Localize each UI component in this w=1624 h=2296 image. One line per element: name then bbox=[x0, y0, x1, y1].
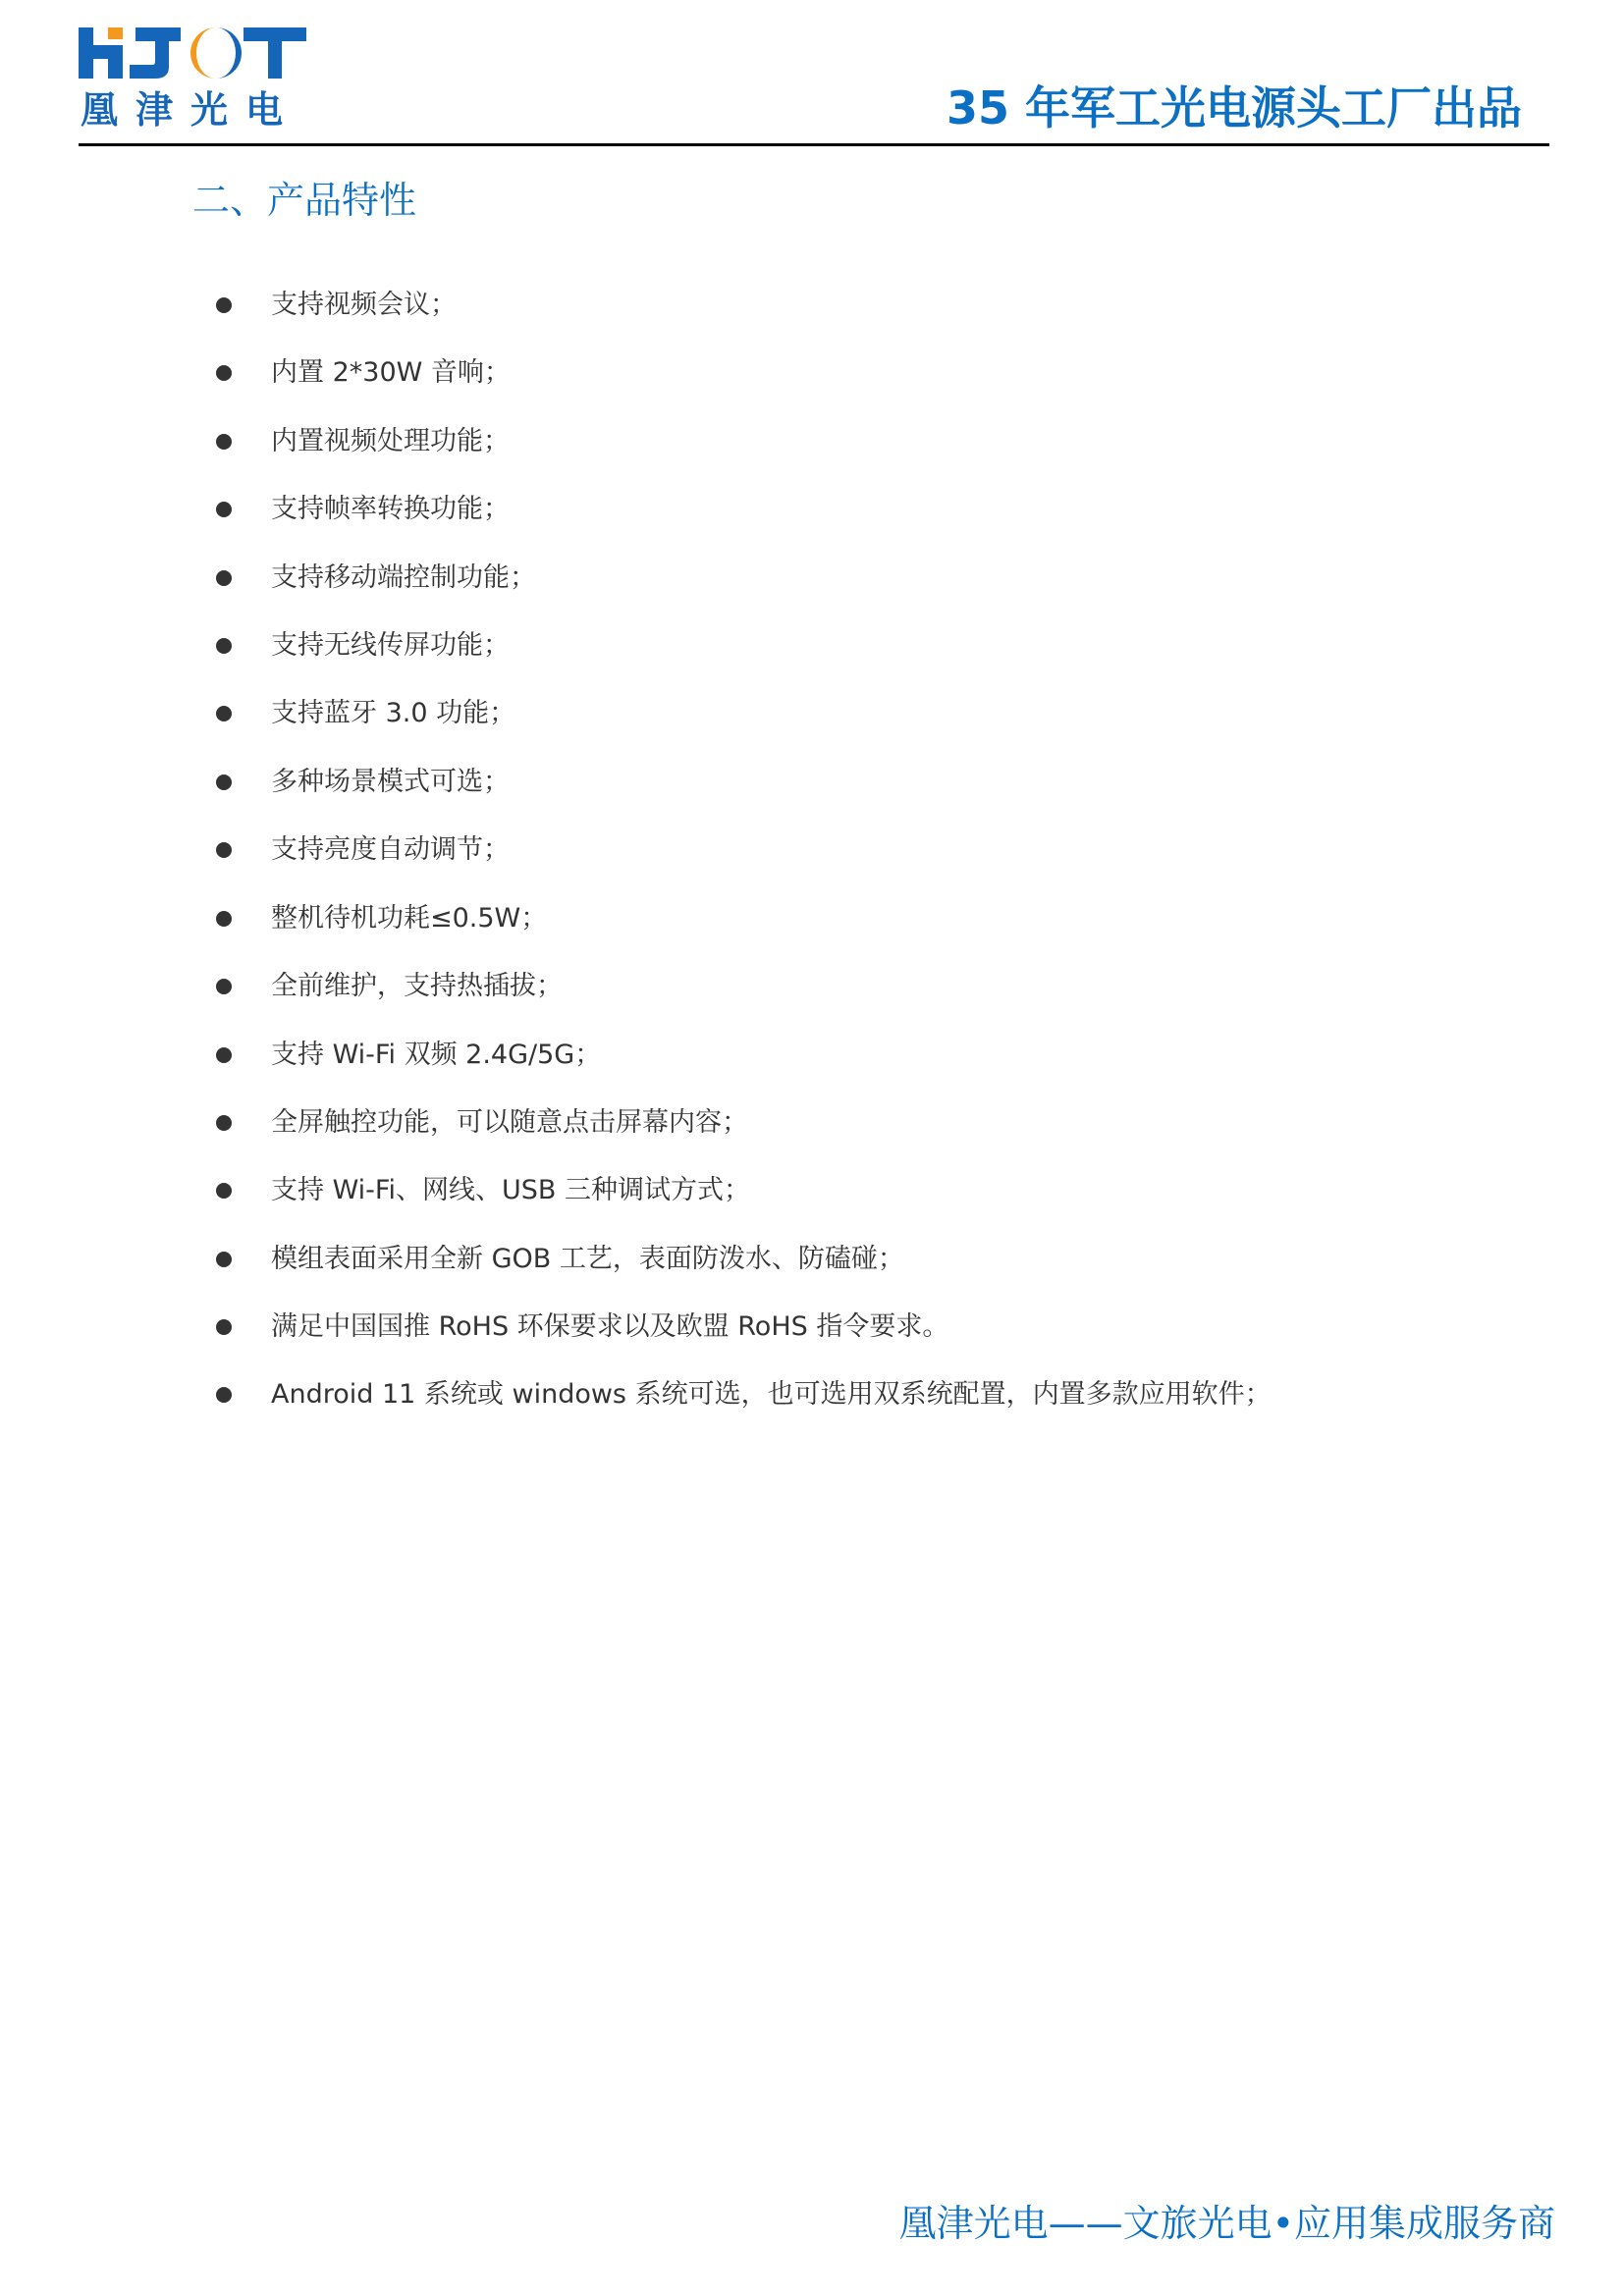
list-item: 满足中国国推 RoHS 环保要求以及欧盟 RoHS 指令要求。 bbox=[216, 1308, 948, 1347]
list-item: 内置 2*30W 音响； bbox=[216, 353, 511, 393]
list-item: 内置视频处理功能； bbox=[216, 422, 510, 461]
logo-letters bbox=[79, 22, 306, 82]
footer-tagline: 凰津光电——文旅光电•应用集成服务商 bbox=[899, 2199, 1555, 2248]
section-title: 二、产品特性 bbox=[192, 177, 416, 224]
company-logo: 凰津光电 bbox=[79, 22, 309, 128]
feature-text: 模组表面采用全新 GOB 工艺，表面防泼水、防磕碰； bbox=[271, 1240, 904, 1279]
bullet-icon bbox=[216, 979, 232, 994]
feature-text: 整机待机功耗≤0.5W； bbox=[271, 899, 547, 938]
feature-text: 内置 2*30W 音响； bbox=[271, 353, 511, 393]
feature-text: 全前维护，支持热插拔； bbox=[271, 967, 563, 1006]
bullet-icon bbox=[216, 1319, 232, 1335]
header-slogan: 35 年军工光电源头工厂出品 bbox=[947, 80, 1522, 135]
header-divider bbox=[79, 143, 1549, 146]
bullet-icon bbox=[216, 1047, 232, 1063]
list-item: 支持蓝牙 3.0 功能； bbox=[216, 694, 515, 733]
bullet-icon bbox=[216, 842, 232, 858]
bullet-icon bbox=[216, 774, 232, 790]
feature-text: 满足中国国推 RoHS 环保要求以及欧盟 RoHS 指令要求。 bbox=[271, 1308, 948, 1347]
list-item: 支持 Wi-Fi、网线、USB 三种调试方式； bbox=[216, 1171, 750, 1210]
feature-text: 支持 Wi-Fi 双频 2.4G/5G； bbox=[271, 1036, 601, 1075]
bullet-icon bbox=[216, 1183, 232, 1199]
list-item: Android 11 系统或 windows 系统可选，也可选用双系统配置，内置… bbox=[216, 1375, 1272, 1415]
bullet-icon bbox=[216, 297, 232, 313]
list-item: 整机待机功耗≤0.5W； bbox=[216, 899, 547, 938]
bullet-icon bbox=[216, 1115, 232, 1131]
hjot-logo-icon bbox=[79, 24, 306, 82]
bullet-icon bbox=[216, 434, 232, 450]
list-item: 支持 Wi-Fi 双频 2.4G/5G； bbox=[216, 1036, 601, 1075]
bullet-icon bbox=[216, 911, 232, 927]
bullet-icon bbox=[216, 638, 232, 654]
list-item: 多种场景模式可选； bbox=[216, 763, 510, 802]
feature-text: 支持 Wi-Fi、网线、USB 三种调试方式； bbox=[271, 1171, 750, 1210]
feature-text: 支持移动端控制功能； bbox=[271, 559, 536, 598]
list-item: 模组表面采用全新 GOB 工艺，表面防泼水、防磕碰； bbox=[216, 1240, 904, 1279]
feature-text: 全屏触控功能，可以随意点击屏幕内容； bbox=[271, 1103, 748, 1143]
list-item: 支持视频会议； bbox=[216, 286, 457, 325]
list-item: 全屏触控功能，可以随意点击屏幕内容； bbox=[216, 1103, 748, 1143]
list-item: 支持移动端控制功能； bbox=[216, 559, 536, 598]
list-item: 支持无线传屏功能； bbox=[216, 626, 510, 666]
bullet-icon bbox=[216, 1387, 232, 1403]
bullet-icon bbox=[216, 706, 232, 721]
logo-chinese-name: 凰津光电 bbox=[81, 90, 300, 130]
feature-text: Android 11 系统或 windows 系统可选，也可选用双系统配置，内置… bbox=[271, 1375, 1272, 1415]
bullet-icon bbox=[216, 502, 232, 517]
list-item: 支持帧率转换功能； bbox=[216, 490, 510, 529]
feature-text: 支持亮度自动调节； bbox=[271, 830, 510, 870]
feature-text: 支持帧率转换功能； bbox=[271, 490, 510, 529]
feature-text: 支持无线传屏功能； bbox=[271, 626, 510, 666]
feature-text: 多种场景模式可选； bbox=[271, 763, 510, 802]
feature-text: 内置视频处理功能； bbox=[271, 422, 510, 461]
list-item: 全前维护，支持热插拔； bbox=[216, 967, 563, 1006]
feature-text: 支持视频会议； bbox=[271, 286, 457, 325]
bullet-icon bbox=[216, 570, 232, 586]
feature-text: 支持蓝牙 3.0 功能； bbox=[271, 694, 515, 733]
list-item: 支持亮度自动调节； bbox=[216, 830, 510, 870]
bullet-icon bbox=[216, 1252, 232, 1267]
bullet-icon bbox=[216, 365, 232, 381]
